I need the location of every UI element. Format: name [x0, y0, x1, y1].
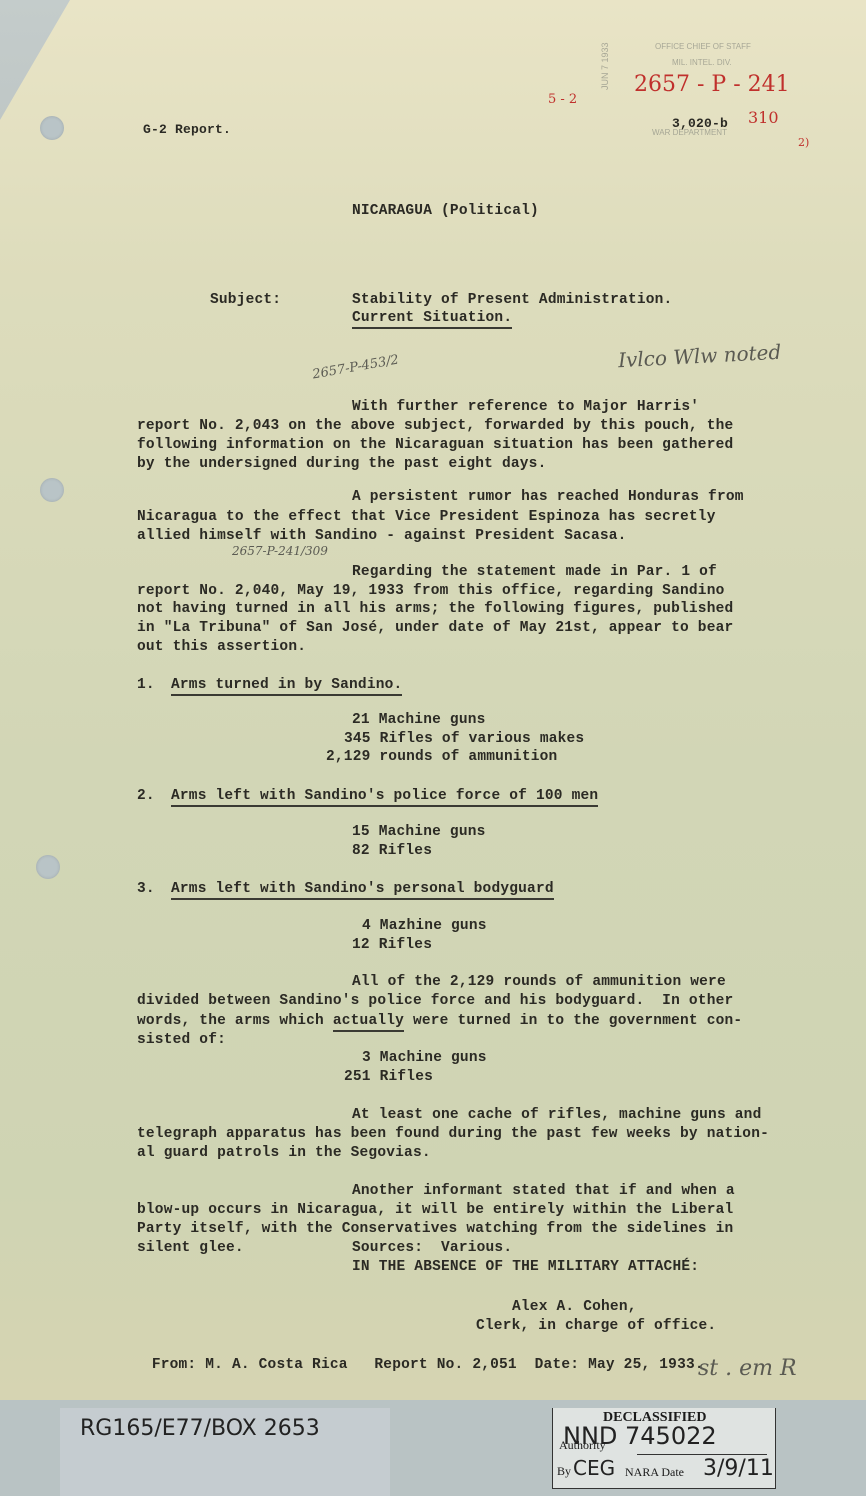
- absence-line: IN THE ABSENCE OF THE MILITARY ATTACHÉ:: [352, 1258, 699, 1277]
- paragraph-line: allied himself with Sandino - against Pr…: [137, 527, 627, 546]
- paragraph-line: Party itself, with the Conservatives wat…: [137, 1220, 733, 1239]
- punch-hole: [40, 116, 64, 140]
- section-number: 2.: [137, 787, 155, 806]
- red-small-mark: 2): [798, 136, 809, 149]
- section-heading: Arms left with Sandino's police force of…: [171, 788, 598, 807]
- paragraph-line: Another informant stated that if and whe…: [352, 1182, 735, 1201]
- emphasized-word: actually: [333, 1013, 404, 1032]
- arms-item: 4 Mazhine guns: [362, 917, 487, 936]
- pencil-initials: st . em R: [698, 1356, 797, 1381]
- authority-underline: [637, 1454, 767, 1455]
- authority-value: NND 745022: [563, 1422, 717, 1450]
- arms-item: 15 Machine guns: [352, 823, 486, 842]
- arms-item: 345 Rifles of various makes: [344, 730, 584, 749]
- by-label: By: [557, 1464, 571, 1479]
- paragraph-line: All of the 2,129 rounds of ammunition we…: [352, 973, 726, 992]
- stamp-line: MIL. INTEL. DIV.: [672, 58, 732, 67]
- arms-item: 12 Rifles: [352, 936, 432, 955]
- date-label: Date:: [535, 1357, 580, 1373]
- from-value: M. A. Costa Rica: [205, 1357, 347, 1373]
- section-heading: Arms left with Sandino's personal bodygu…: [171, 881, 554, 900]
- document-title: NICARAGUA (Political): [352, 202, 539, 221]
- subject-line: Stability of Present Administration.: [352, 291, 672, 310]
- stamp-line: OFFICE CHIEF OF STAFF: [655, 42, 751, 51]
- paragraph-line: Nicaragua to the effect that Vice Presid…: [137, 508, 716, 527]
- paragraph-line: divided between Sandino's police force a…: [137, 992, 733, 1011]
- paragraph-line: in "La Tribuna" of San José, under date …: [137, 619, 733, 638]
- pencil-reference: 2657-P-241/309: [232, 544, 328, 558]
- section-heading: Arms turned in by Sandino.: [171, 677, 402, 696]
- paragraph-line: At least one cache of rifles, machine gu…: [352, 1106, 761, 1125]
- nara-date-label: NARA Date: [625, 1465, 684, 1480]
- report-label: Report No.: [374, 1357, 463, 1373]
- date-value: May 25, 1933.: [588, 1357, 704, 1373]
- actual-item: 3 Machine guns: [362, 1049, 487, 1068]
- paragraph-line: report No. 2,040, May 19, 1933 from this…: [137, 582, 725, 601]
- arms-item: 82 Rifles: [352, 842, 432, 861]
- stamp-date: JUN 7 1933: [600, 42, 610, 90]
- paragraph-line: words, the arms which actually were turn…: [137, 1012, 742, 1031]
- red-file-number: 2657 - P - 241: [634, 72, 790, 97]
- signature-title: Clerk, in charge of office.: [476, 1317, 716, 1336]
- report-type: G-2 Report.: [143, 120, 231, 139]
- paragraph-line: telegraph apparatus has been found durin…: [137, 1125, 769, 1144]
- punch-hole: [40, 478, 64, 502]
- declassified-stamp: DECLASSIFIED Authority NND 745022 By CEG…: [552, 1408, 776, 1489]
- paragraph-line: following information on the Nicaraguan …: [137, 436, 733, 455]
- actual-item: 251 Rifles: [344, 1068, 433, 1087]
- report-value: 2,051: [472, 1357, 517, 1373]
- paragraph-line: silent glee.: [137, 1239, 244, 1258]
- file-number: 3,020-b: [672, 114, 728, 133]
- sources-line: Sources: Various.: [352, 1239, 512, 1258]
- paragraph-line: blow-up occurs in Nicaragua, it will be …: [137, 1201, 733, 1220]
- box-label: RG165/E77/BOX 2653: [80, 1416, 320, 1441]
- footer-line: From: M. A. Costa Rica Report No. 2,051 …: [134, 1337, 704, 1375]
- paragraph-line: al guard patrols in the Segovias.: [137, 1144, 431, 1163]
- signature-name: Alex A. Cohen,: [512, 1298, 637, 1317]
- red-side-mark: 5 - 2: [548, 92, 577, 107]
- red-suffix: 310: [748, 108, 779, 127]
- arms-item: 21 Machine guns: [352, 711, 486, 730]
- subject-line: Current Situation.: [352, 310, 512, 329]
- paragraph-line: With further reference to Major Harris': [352, 398, 699, 417]
- paragraph-line: sisted of:: [137, 1031, 226, 1050]
- paragraph-line: A persistent rumor has reached Honduras …: [352, 488, 744, 507]
- punch-hole: [36, 855, 60, 879]
- by-value: CEG: [573, 1456, 615, 1480]
- paragraph-line: out this assertion.: [137, 638, 306, 657]
- paragraph-line: not having turned in all his arms; the f…: [137, 600, 733, 619]
- from-label: From:: [152, 1357, 197, 1373]
- paragraph-line: by the undersigned during the past eight…: [137, 455, 546, 474]
- subject-label: Subject:: [210, 291, 281, 310]
- section-number: 1.: [137, 676, 155, 695]
- paragraph-line: Regarding the statement made in Par. 1 o…: [352, 563, 717, 582]
- section-number: 3.: [137, 880, 155, 899]
- paragraph-line: report No. 2,043 on the above subject, f…: [137, 417, 733, 436]
- arms-item: 2,129 rounds of ammunition: [326, 748, 557, 767]
- date-value: 3/9/11: [703, 1456, 774, 1481]
